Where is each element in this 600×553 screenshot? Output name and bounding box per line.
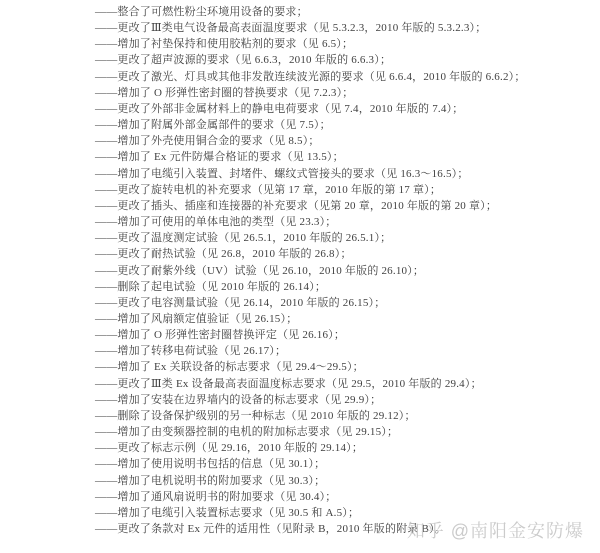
document-line: ——增加了可使用的单体电池的类型（见 23.3）； — [95, 214, 526, 230]
document-line: ——增加了 Ex 元件防爆合格证的要求（见 13.5）； — [95, 149, 526, 165]
document-line: ——删除了设备保护级别的另一种标志（见 2010 年版的 29.12）； — [95, 408, 526, 424]
document-line: ——更改了超声波源的要求（见 6.6.3，2010 年版的 6.6.3）； — [95, 52, 526, 68]
document-line: ——增加了 O 形弹性密封圈替换评定（见 26.16）； — [95, 327, 526, 343]
document-line: ——更改了耐热试验（见 26.8，2010 年版的 26.8）； — [95, 246, 526, 262]
document-line: ——增加了由变频器控制的电机的附加标志要求（见 29.15）； — [95, 424, 526, 440]
document-line: ——增加了 Ex 关联设备的标志要求（见 29.4～29.5）； — [95, 359, 526, 375]
document-line: ——增加了转移电荷试验（见 26.17）； — [95, 343, 526, 359]
document-line: ——更改了外部非金属材料上的静电电荷要求（见 7.4，2010 年版的 7.4）… — [95, 101, 526, 117]
document-page: ——整合了可燃性粉尘环境用设备的要求；——更改了Ⅲ类电气设备最高表面温度要求（见… — [0, 0, 600, 553]
document-line: ——更改了旋转电机的补充要求（见第 17 章，2010 年版的第 17 章）； — [95, 182, 526, 198]
document-line: ——增加了外壳使用铜合金的要求（见 8.5）； — [95, 133, 526, 149]
document-line: ——更改了电容测量试验（见 26.14，2010 年版的 26.15）； — [95, 295, 526, 311]
document-line: ——更改了标志示例（见 29.16，2010 年版的 29.14）； — [95, 440, 526, 456]
document-line: ——增加了安装在边界墙内的设备的标志要求（见 29.9）； — [95, 392, 526, 408]
document-line: ——更改了插头、插座和连接器的补充要求（见第 20 章，2010 年版的第 20… — [95, 198, 526, 214]
document-line: ——更改了温度测定试验（见 26.5.1，2010 年版的 26.5.1）； — [95, 230, 526, 246]
watermark: 知乎 @南阳金安防爆 — [407, 517, 584, 543]
document-line: ——整合了可燃性粉尘环境用设备的要求； — [95, 4, 526, 20]
document-line: ——更改了Ⅲ类电气设备最高表面温度要求（见 5.3.2.3，2010 年版的 5… — [95, 20, 526, 36]
document-line: ——更改了耐紫外线（UV）试验（见 26.10，2010 年版的 26.10）； — [95, 263, 526, 279]
change-list: ——整合了可燃性粉尘环境用设备的要求；——更改了Ⅲ类电气设备最高表面温度要求（见… — [95, 4, 526, 537]
document-line: ——删除了起电试验（见 2010 年版的 26.14）； — [95, 279, 526, 295]
document-line: ——增加了风扇额定值验证（见 26.15）； — [95, 311, 526, 327]
document-line: ——增加了衬垫保持和使用胶粘剂的要求（见 6.5）； — [95, 36, 526, 52]
document-line: ——增加了使用说明书包括的信息（见 30.1）； — [95, 456, 526, 472]
document-line: ——增加了 O 形弹性密封圈的替换要求（见 7.2.3）； — [95, 85, 526, 101]
document-line: ——增加了通风扇说明书的附加要求（见 30.4）； — [95, 489, 526, 505]
document-line: ——增加了附属外部金属部件的要求（见 7.5）； — [95, 117, 526, 133]
document-line: ——更改了激光、灯具或其他非发散连续波光源的要求（见 6.6.4，2010 年版… — [95, 69, 526, 85]
document-line: ——更改了Ⅲ类 Ex 设备最高表面温度标志要求（见 29.5，2010 年版的 … — [95, 376, 526, 392]
document-line: ——增加了电缆引入装置、封堵件、螺纹式管接头的要求（见 16.3～16.5）； — [95, 166, 526, 182]
document-line: ——增加了电机说明书的附加要求（见 30.3）； — [95, 473, 526, 489]
